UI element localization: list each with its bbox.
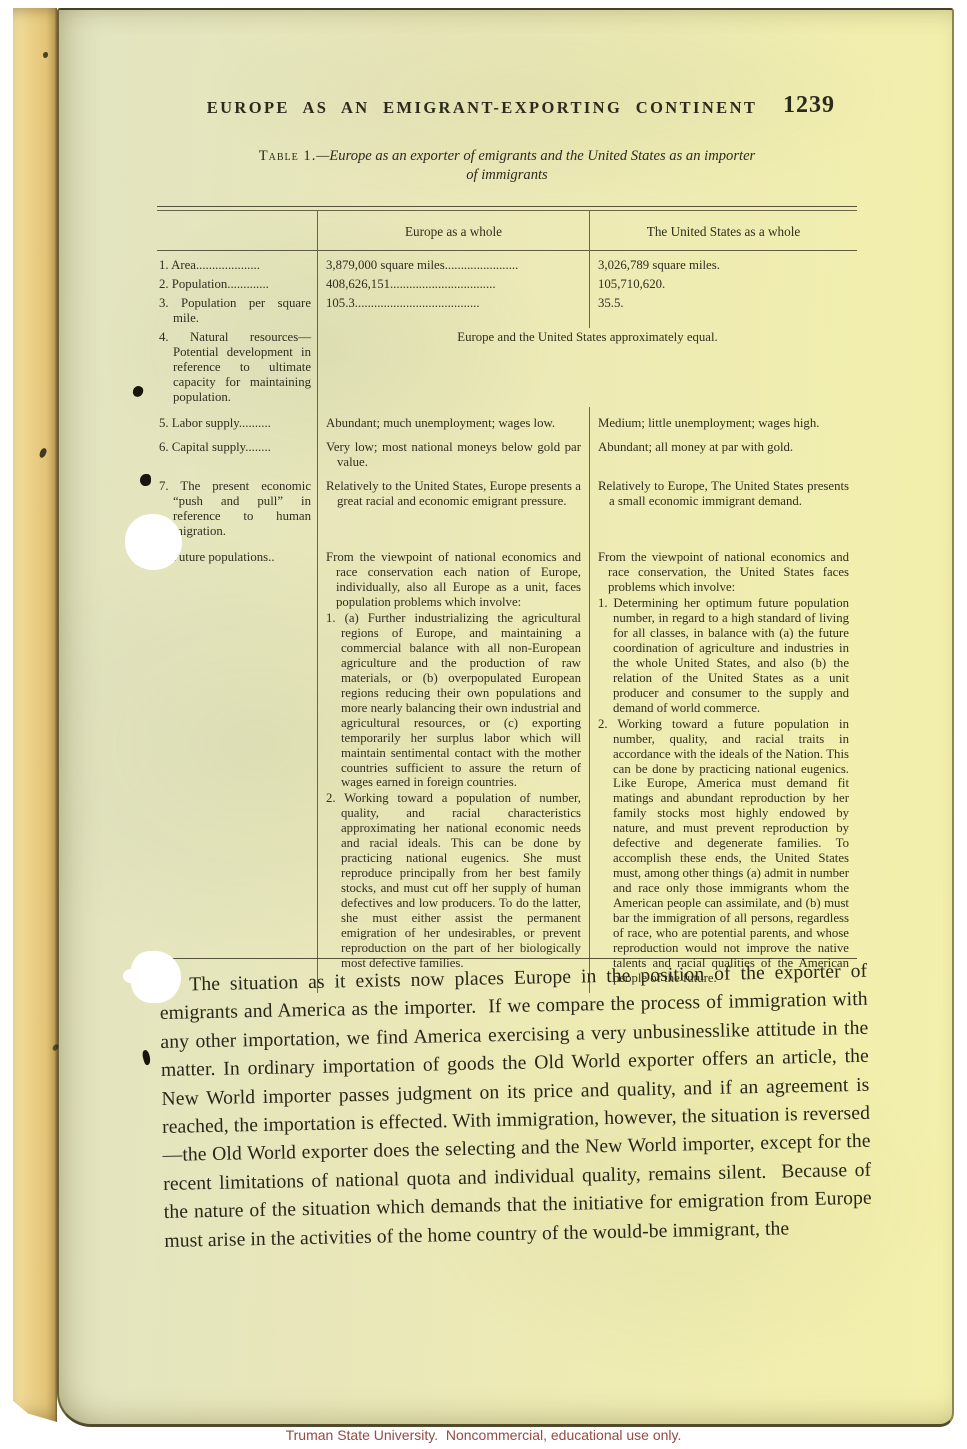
europe-capital-supply-text: Very low; most national moneys below gol… — [326, 440, 581, 470]
archive-credit-line: Truman State University. Noncommercial, … — [0, 1427, 967, 1443]
us-population: 105,710,620. — [589, 275, 857, 294]
europe-capital-supply: Very low; most national moneys below gol… — [317, 433, 589, 472]
us-area: 3,026,789 square miles. — [589, 251, 857, 275]
us-population-per-sq-mile: 35.5. — [589, 294, 857, 328]
europe-future-populations: From the viewpoint of national economics… — [317, 541, 589, 989]
row-label-population-per-sq-mile: 3. Population per square mile. — [157, 294, 317, 328]
column-header-us: The United States as a whole — [589, 211, 857, 250]
europe-future-intro: From the viewpoint of national economics… — [326, 550, 581, 610]
body-paragraph: The situation as it exists now places Eu… — [159, 958, 873, 1256]
comparison-table: Europe as a whole The United States as a… — [157, 206, 857, 959]
scanned-document-screenshot: { "scan": { "running_header": "EUROPE AS… — [0, 0, 967, 1449]
punch-hole — [131, 951, 181, 1003]
table-caption-title: —Europe as an exporter of emigrants and … — [316, 148, 755, 164]
ink-speck — [140, 474, 151, 486]
europe-population-per-sq-mile: 105.3...................................… — [317, 294, 589, 328]
ink-speck — [141, 1049, 152, 1065]
europe-future-item-2: 2. Working toward a population of number… — [326, 791, 581, 971]
europe-push-and-pull: Relatively to the United States, Europe … — [317, 472, 589, 541]
book-page: EUROPE AS AN EMIGRANT-EXPORTING CONTINEN… — [57, 8, 954, 1427]
us-push-and-pull: Relatively to Europe, The United States … — [589, 472, 857, 541]
europe-push-and-pull-text: Relatively to the United States, Europe … — [326, 479, 581, 509]
column-header-blank — [157, 211, 317, 250]
ink-speck — [132, 385, 145, 398]
row-label-capital-supply: 6. Capital supply........ — [157, 433, 317, 472]
row-label-labor-supply: 5. Labor supply.......... — [157, 407, 317, 433]
us-capital-supply: Abundant; all money at par with gold. — [589, 433, 857, 472]
us-future-intro: From the viewpoint of national economics… — [598, 550, 849, 595]
scan-stage: EUROPE AS AN EMIGRANT-EXPORTING CONTINEN… — [13, 8, 952, 1422]
page-number: 1239 — [783, 92, 835, 119]
table-caption-label: Table 1. — [259, 148, 317, 164]
running-header: EUROPE AS AN EMIGRANT-EXPORTING CONTINEN… — [157, 98, 857, 118]
row-label-future-populations: 8. Future populations.. — [157, 541, 317, 989]
europe-area: 3,879,000 square miles..................… — [317, 251, 589, 275]
us-future-item-2: 2. Working toward a future population in… — [598, 717, 849, 986]
us-capital-supply-text: Abundant; all money at par with gold. — [598, 440, 849, 455]
page-title: EUROPE AS AN EMIGRANT-EXPORTING CONTINEN… — [157, 98, 857, 118]
column-header-europe: Europe as a whole — [317, 211, 589, 250]
punch-hole — [125, 514, 182, 570]
us-labor-supply-text: Medium; little unemployment; wages high. — [598, 416, 849, 431]
row-label-push-and-pull: 7. The present economic “push and pull” … — [157, 472, 317, 541]
europe-population: 408,626,151.............................… — [317, 275, 589, 294]
book-binding-edge — [13, 8, 57, 1422]
europe-labor-supply-text: Abundant; much unemployment; wages low. — [326, 416, 581, 431]
table-caption-line2: of immigrants — [147, 167, 867, 184]
row-label-natural-resources: 4. Natural resources—Potential developme… — [157, 328, 317, 407]
table-caption: Table 1.—Europe as an exporter of emigra… — [147, 148, 867, 184]
us-future-item-1: 1. Determining her optimum future popula… — [598, 596, 849, 716]
natural-resources-span-value: Europe and the United States approximate… — [317, 328, 857, 407]
row-label-area: 1. Area.................... — [157, 251, 317, 275]
europe-future-item-1: 1. (a) Further industrializing the agric… — [326, 611, 581, 791]
us-push-and-pull-text: Relatively to Europe, The United States … — [598, 479, 849, 509]
row-label-population: 2. Population............. — [157, 275, 317, 294]
us-labor-supply: Medium; little unemployment; wages high. — [589, 407, 857, 433]
us-future-populations: From the viewpoint of national economics… — [589, 541, 857, 989]
table-caption-line1: Table 1.—Europe as an exporter of emigra… — [147, 148, 867, 165]
europe-labor-supply: Abundant; much unemployment; wages low. — [317, 407, 589, 433]
